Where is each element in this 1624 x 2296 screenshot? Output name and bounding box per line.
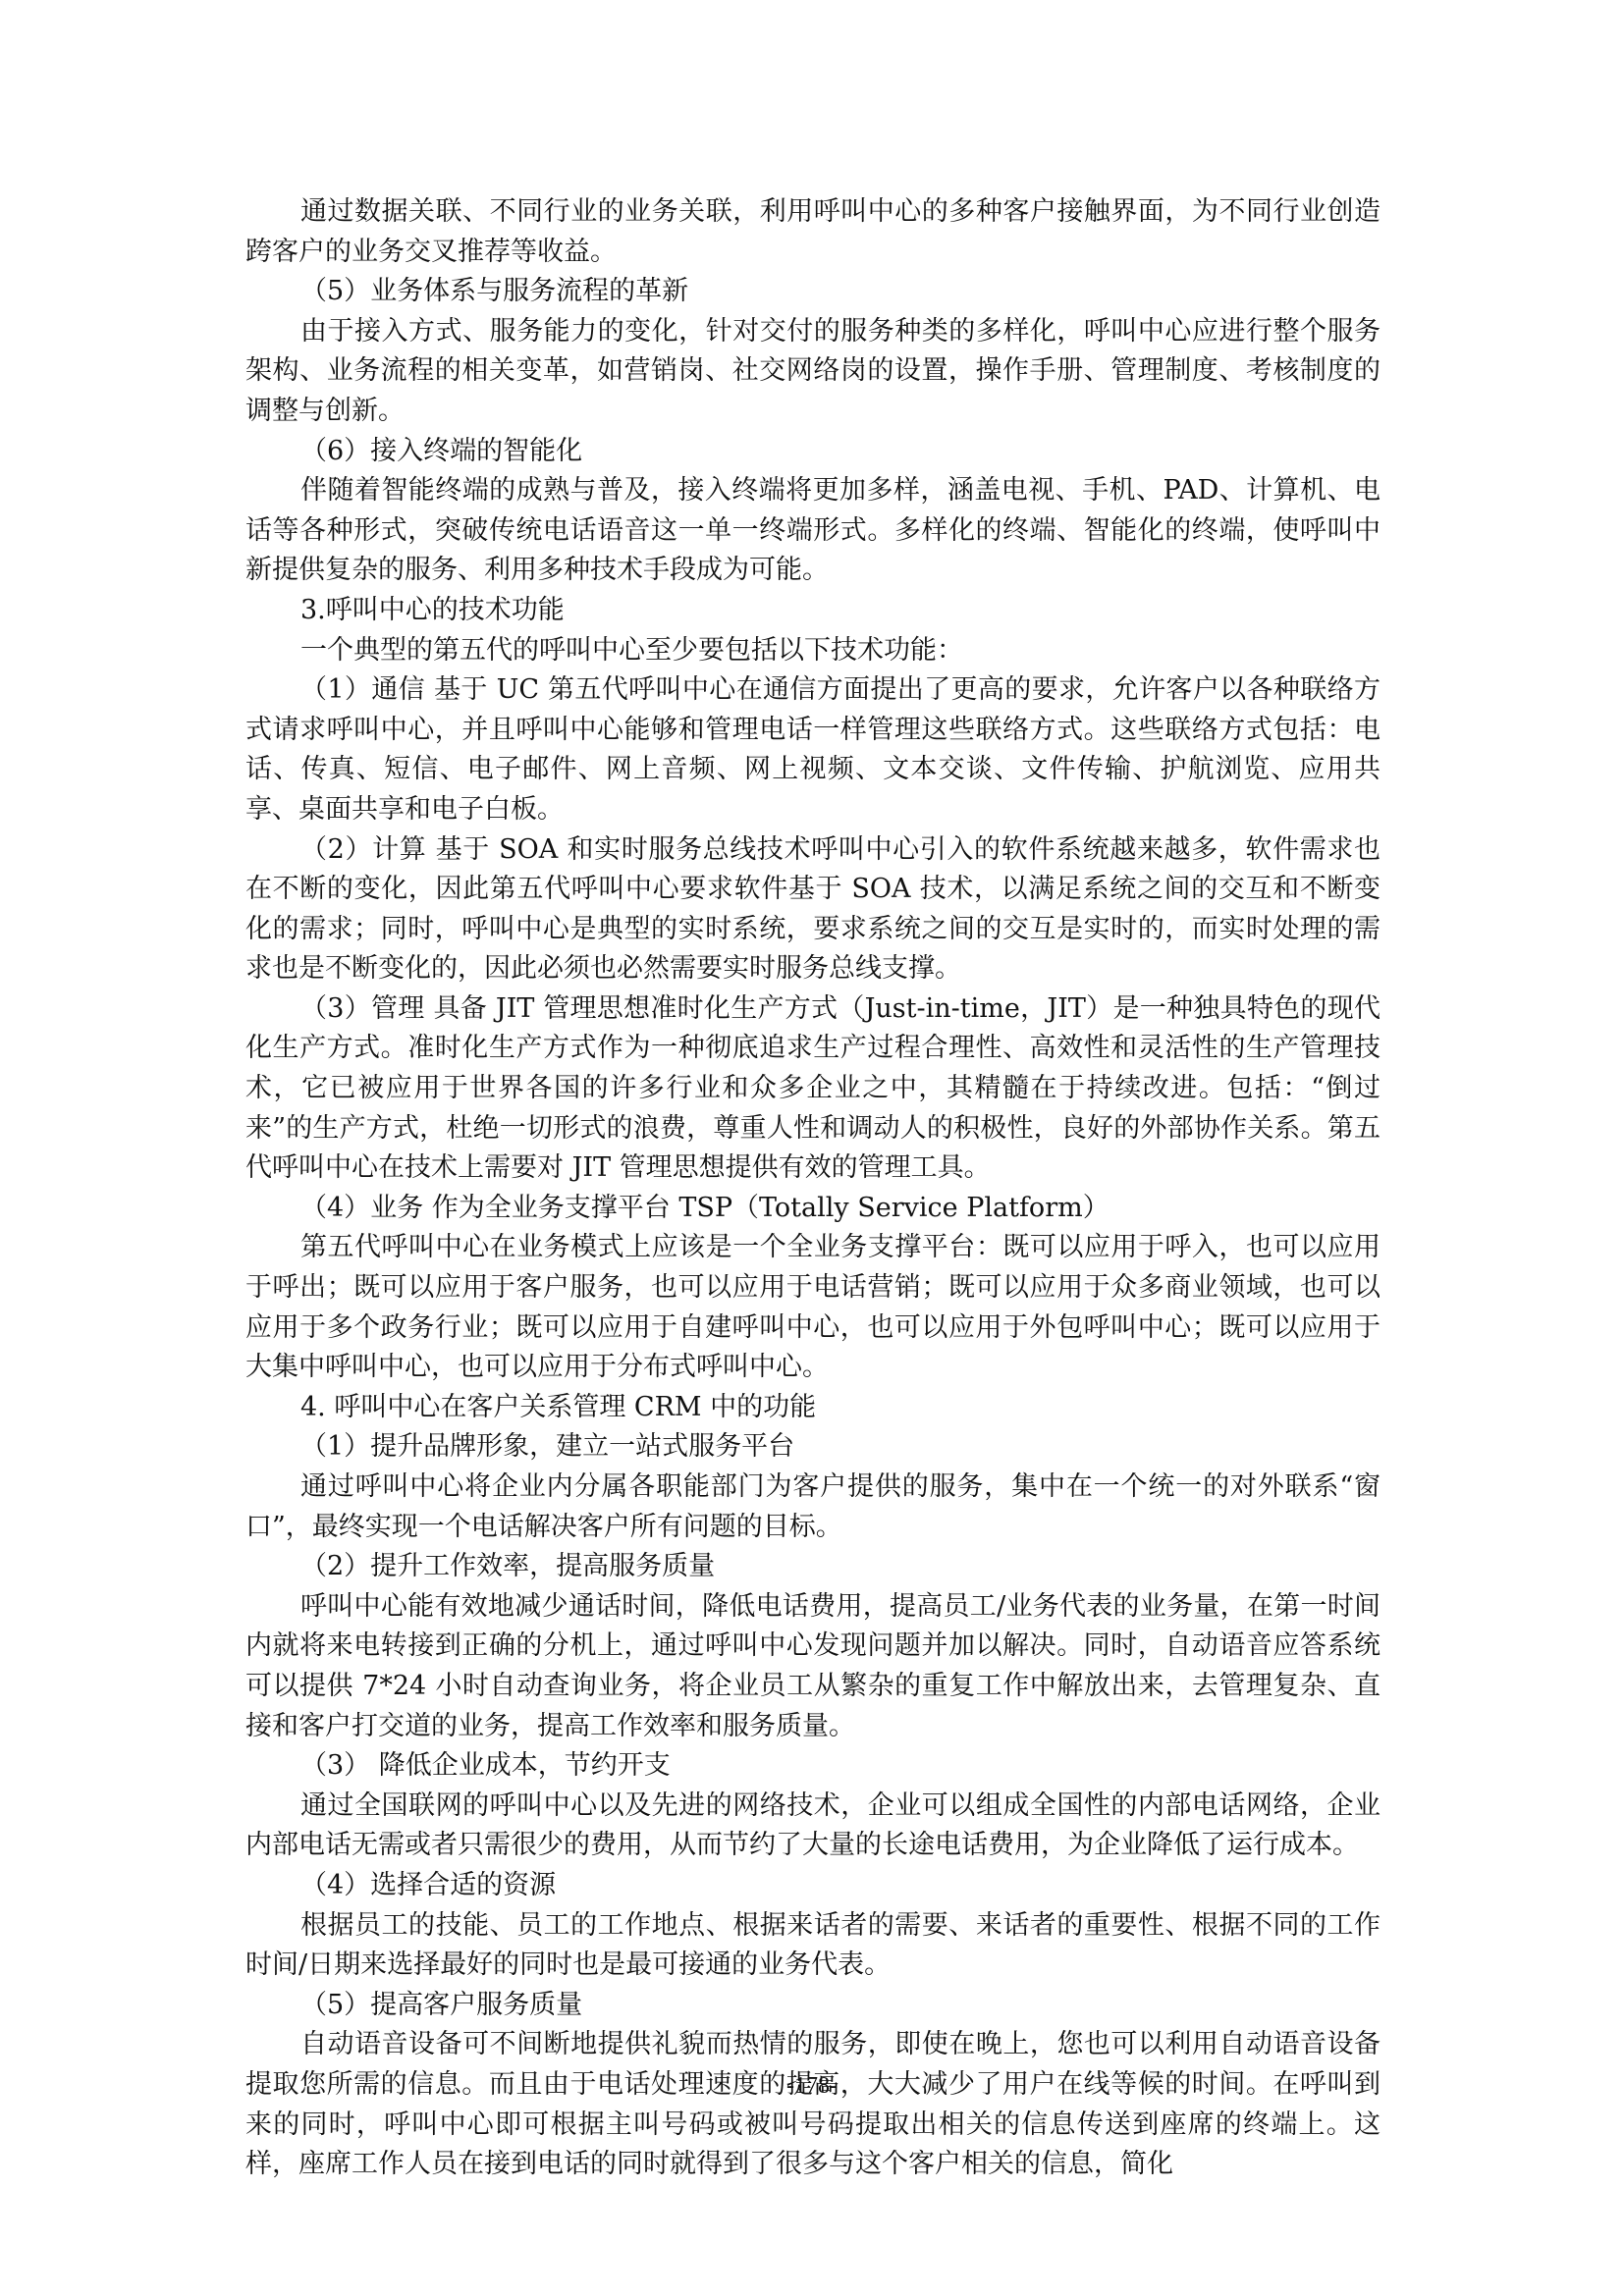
paragraph: 伴随着智能终端的成熟与普及，接入终端将更加多样，涵盖电视、手机、PAD、计算机、…: [245, 471, 1380, 591]
section-heading: 3.呼叫中心的技术功能: [245, 591, 1380, 631]
paragraph: 呼叫中心能有效地减少通话时间，降低电话费用，提高员工/业务代表的业务量，在第一时…: [245, 1587, 1380, 1746]
paragraph: 第五代呼叫中心在业务模式上应该是一个全业务支撑平台：既可以应用于呼入，也可以应用…: [245, 1228, 1380, 1387]
document-page: 通过数据关联、不同行业的业务关联，利用呼叫中心的多种客户接触界面，为不同行业创造…: [245, 192, 1380, 2185]
section-heading: （1）提升品牌形象，建立一站式服务平台: [245, 1427, 1380, 1468]
paragraph: （3）管理 具备 JIT 管理思想准时化生产方式（Just-in-time，JI…: [245, 989, 1380, 1189]
paragraph: 由于接入方式、服务能力的变化，针对交付的服务种类的多样化，呼叫中心应进行整个服务…: [245, 312, 1380, 432]
paragraph: 一个典型的第五代的呼叫中心至少要包括以下技术功能：: [245, 631, 1380, 671]
section-heading: （3） 降低企业成本，节约开支: [245, 1746, 1380, 1787]
paragraph: 通过全国联网的呼叫中心以及先进的网络技术，企业可以组成全国性的内部电话网络，企业…: [245, 1787, 1380, 1866]
section-heading: （2）提升工作效率，提高服务质量: [245, 1547, 1380, 1587]
paragraph: 通过呼叫中心将企业内分属各职能部门为客户提供的服务，集中在一个统一的对外联系“窗…: [245, 1468, 1380, 1547]
section-heading: （4）选择合适的资源: [245, 1866, 1380, 1906]
paragraph: （2）计算 基于 SOA 和实时服务总线技术呼叫中心引入的软件系统越来越多，软件…: [245, 830, 1380, 989]
section-heading: 4. 呼叫中心在客户关系管理 CRM 中的功能: [245, 1388, 1380, 1428]
section-heading: （4）业务 作为全业务支撑平台 TSP（Totally Service Plat…: [245, 1189, 1380, 1229]
paragraph: （1）通信 基于 UC 第五代呼叫中心在通信方面提出了更高的要求，允许客户以各种…: [245, 670, 1380, 829]
paragraph: 自动语音设备可不间断地提供礼貌而热情的服务，即使在晚上，您也可以利用自动语音设备…: [245, 2025, 1380, 2184]
paragraph: 通过数据关联、不同行业的业务关联，利用呼叫中心的多种客户接触界面，为不同行业创造…: [245, 192, 1380, 272]
section-heading: （5）业务体系与服务流程的革新: [245, 272, 1380, 312]
page-number: -178-: [0, 2073, 1624, 2100]
section-heading: （6）接入终端的智能化: [245, 432, 1380, 472]
section-heading: （5）提高客户服务质量: [245, 1986, 1380, 2026]
paragraph: 根据员工的技能、员工的工作地点、根据来话者的需要、来话者的重要性、根据不同的工作…: [245, 1906, 1380, 1986]
